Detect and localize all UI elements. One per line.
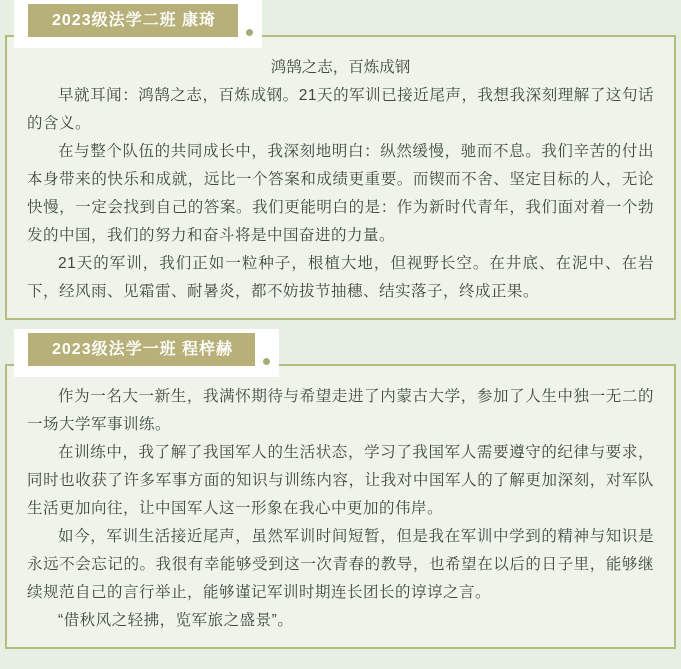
essay-section-kangqi: 2023级法学二班 康琦 鸿鹄之志，百炼成钢 早就耳闻：鸿鹄之志，百炼成钢。21… xyxy=(0,0,681,320)
class-author-badge: 2023级法学二班 康琦 xyxy=(28,4,238,37)
essay-paragraph: 作为一名大一新生，我满怀期待与希望走进了内蒙古大学，参加了人生中独一无二的一场大… xyxy=(27,383,654,439)
essay-paragraph: 21天的军训，我们正如一粒种子，根植大地，但视野长空。在井底、在泥中、在岩下，经… xyxy=(27,250,654,306)
badge-dot-icon xyxy=(263,358,270,365)
essay-section-chengzihe: 2023级法学一班 程梓赫 作为一名大一新生，我满怀期待与希望走进了内蒙古大学，… xyxy=(0,329,681,649)
article-page: 2023级法学二班 康琦 鸿鹄之志，百炼成钢 早就耳闻：鸿鹄之志，百炼成钢。21… xyxy=(0,0,681,669)
essay-paragraph: 在与整个队伍的共同成长中，我深刻地明白：纵然缓慢，驰而不息。我们辛苦的付出本身带… xyxy=(27,138,654,250)
essay-card: 鸿鹄之志，百炼成钢 早就耳闻：鸿鹄之志，百炼成钢。21天的军训已接近尾声，我想我… xyxy=(5,35,676,320)
badge-plate: 2023级法学二班 康琦 xyxy=(14,0,262,48)
essay-paragraph: 在训练中，我了解了我国军人的生活状态，学习了我国军人需要遵守的纪律与要求，同时也… xyxy=(27,439,654,523)
badge-plate: 2023级法学一班 程梓赫 xyxy=(14,329,279,377)
class-author-badge: 2023级法学一班 程梓赫 xyxy=(28,333,255,366)
essay-paragraph: 如今，军训生活接近尾声，虽然军训时间短暂，但是我在军训中学到的精神与知识是永远不… xyxy=(27,523,654,607)
essay-card: 作为一名大一新生，我满怀期待与希望走进了内蒙古大学，参加了人生中独一无二的一场大… xyxy=(5,364,676,649)
essay-title: 鸿鹄之志，百炼成钢 xyxy=(27,54,654,82)
essay-paragraph: 早就耳闻：鸿鹄之志，百炼成钢。21天的军训已接近尾声，我想我深刻理解了这句话的含… xyxy=(27,82,654,138)
essay-quote: “借秋风之轻拂，览军旅之盛景”。 xyxy=(27,607,654,635)
badge-dot-icon xyxy=(246,29,253,36)
